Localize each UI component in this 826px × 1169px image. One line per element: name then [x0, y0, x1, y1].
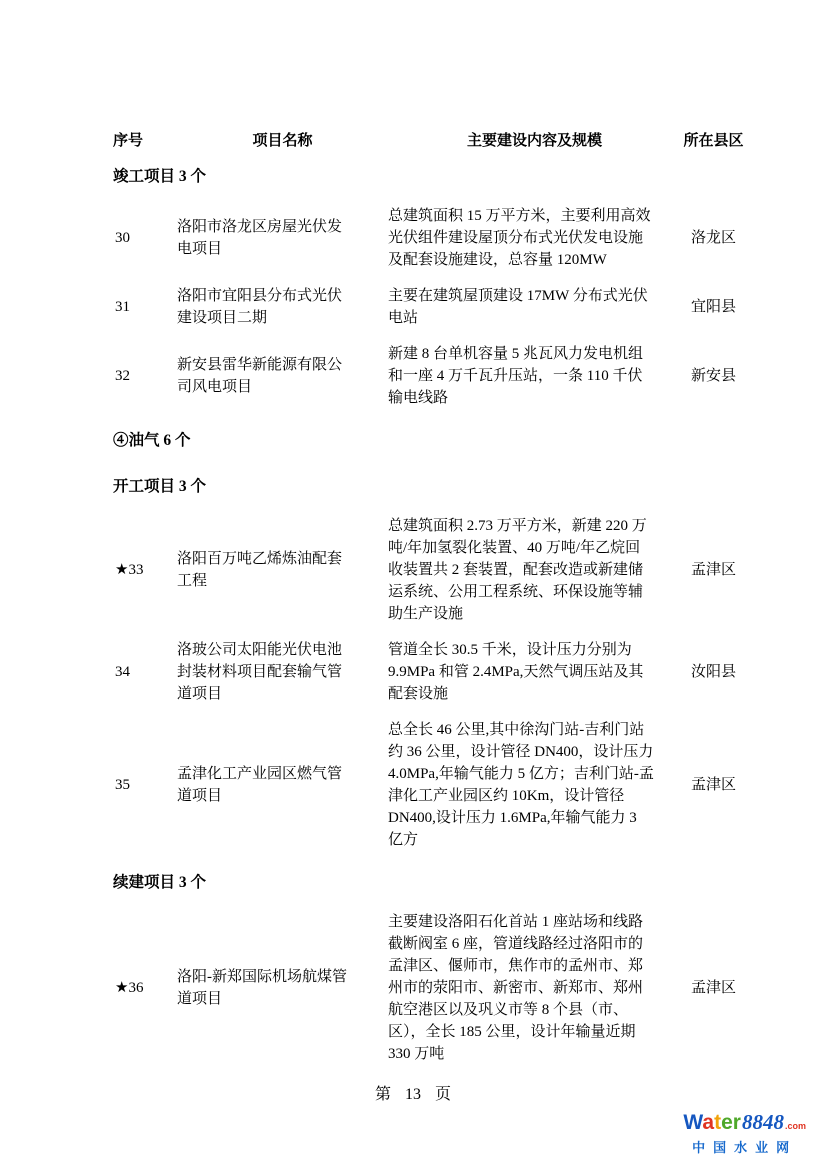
table-row: 30洛阳市洛龙区房屋光伏发电项目总建筑面积 15 万平方米，主要利用高效光伏组件… — [113, 205, 746, 271]
section-heading: 续建项目 3 个 — [113, 872, 746, 894]
cell-seq: ★36 — [113, 977, 177, 999]
cell-content: 总建筑面积 2.73 万平方米，新建 220 万吨/年加氢裂化装置、40 万吨/… — [388, 515, 681, 625]
cell-content: 管道全长 30.5 千米，设计压力分别为 9.9MPa 和管 2.4MPa,天然… — [388, 639, 681, 705]
logo-letter: r — [733, 1111, 741, 1134]
logo-subtitle: 中国水业网 — [683, 1137, 806, 1156]
logo-letter: e — [721, 1111, 733, 1134]
table-row: ★33洛阳百万吨乙烯炼油配套工程总建筑面积 2.73 万平方米，新建 220 万… — [113, 515, 746, 625]
table-row: 34洛玻公司太阳能光伏电池封装材料项目配套输气管道项目管道全长 30.5 千米，… — [113, 639, 746, 705]
logo-wordmark: Water8848.com — [683, 1110, 806, 1135]
cell-seq: 32 — [113, 365, 177, 387]
cell-county: 宜阳县 — [681, 296, 746, 318]
cell-seq: ★33 — [113, 559, 177, 581]
cell-name: 洛阳市宜阳县分布式光伏建设项目二期 — [177, 285, 388, 329]
cell-content: 新建 8 台单机容量 5 兆瓦风力发电机组和一座 4 万千瓦升压站，一条 110… — [388, 343, 681, 409]
cell-seq: 31 — [113, 296, 177, 318]
header-content-scale: 主要建设内容及规模 — [388, 130, 681, 152]
cell-county: 孟津区 — [681, 977, 746, 999]
table-body: 竣工项目 3 个30洛阳市洛龙区房屋光伏发电项目总建筑面积 15 万平方米，主要… — [113, 152, 746, 1072]
logo-word: Water — [683, 1111, 741, 1135]
section-heading: 开工项目 3 个 — [113, 476, 746, 498]
cell-name: 洛玻公司太阳能光伏电池封装材料项目配套输气管道项目 — [177, 639, 388, 705]
table-row: 31洛阳市宜阳县分布式光伏建设项目二期主要在建筑屋顶建设 17MW 分布式光伏电… — [113, 285, 746, 329]
cell-seq: 34 — [113, 661, 177, 683]
cell-content: 主要在建筑屋顶建设 17MW 分布式光伏电站 — [388, 285, 681, 329]
cell-county: 新安县 — [681, 365, 746, 387]
water8848-logo: Water8848.com 中国水业网 — [683, 1110, 806, 1156]
header-project-name: 项目名称 — [177, 130, 388, 152]
table-row: 32新安县雷华新能源有限公司风电项目新建 8 台单机容量 5 兆瓦风力发电机组和… — [113, 343, 746, 409]
section-heading: ④油气 6 个 — [113, 430, 746, 452]
logo-tld: .com — [785, 1121, 806, 1131]
table-header-row: 序号 项目名称 主要建设内容及规模 所在县区 — [113, 130, 746, 152]
logo-letter: W — [683, 1111, 702, 1134]
cell-name: 洛阳百万吨乙烯炼油配套工程 — [177, 548, 388, 592]
table-row: ★36洛阳-新郑国际机场航煤管道项目主要建设洛阳石化首站 1 座站场和线路截断阀… — [113, 911, 746, 1065]
page-number: 第 13 页 — [0, 1084, 826, 1106]
document-page: 序号 项目名称 主要建设内容及规模 所在县区 竣工项目 3 个30洛阳市洛龙区房… — [113, 130, 746, 1072]
cell-seq: 35 — [113, 774, 177, 796]
header-seq: 序号 — [113, 130, 177, 152]
cell-county: 洛龙区 — [681, 227, 746, 249]
table-row: 35孟津化工产业园区燃气管道项目总全长 46 公里,其中徐沟门站-吉利门站约 3… — [113, 719, 746, 851]
cell-county: 孟津区 — [681, 559, 746, 581]
cell-name: 洛阳市洛龙区房屋光伏发电项目 — [177, 216, 388, 260]
logo-number: 8848 — [742, 1110, 784, 1135]
cell-seq: 30 — [113, 227, 177, 249]
logo-letter: a — [702, 1111, 714, 1134]
cell-content: 总全长 46 公里,其中徐沟门站-吉利门站约 36 公里，设计管径 DN400，… — [388, 719, 681, 851]
cell-content: 总建筑面积 15 万平方米，主要利用高效光伏组件建设屋顶分布式光伏发电设施及配套… — [388, 205, 681, 271]
header-county: 所在县区 — [681, 130, 746, 152]
cell-name: 洛阳-新郑国际机场航煤管道项目 — [177, 966, 388, 1010]
cell-name: 新安县雷华新能源有限公司风电项目 — [177, 354, 388, 398]
cell-name: 孟津化工产业园区燃气管道项目 — [177, 763, 388, 807]
section-heading: 竣工项目 3 个 — [113, 166, 746, 188]
cell-county: 孟津区 — [681, 774, 746, 796]
cell-content: 主要建设洛阳石化首站 1 座站场和线路截断阀室 6 座，管道线路经过洛阳市的孟津… — [388, 911, 681, 1065]
cell-county: 汝阳县 — [681, 661, 746, 683]
